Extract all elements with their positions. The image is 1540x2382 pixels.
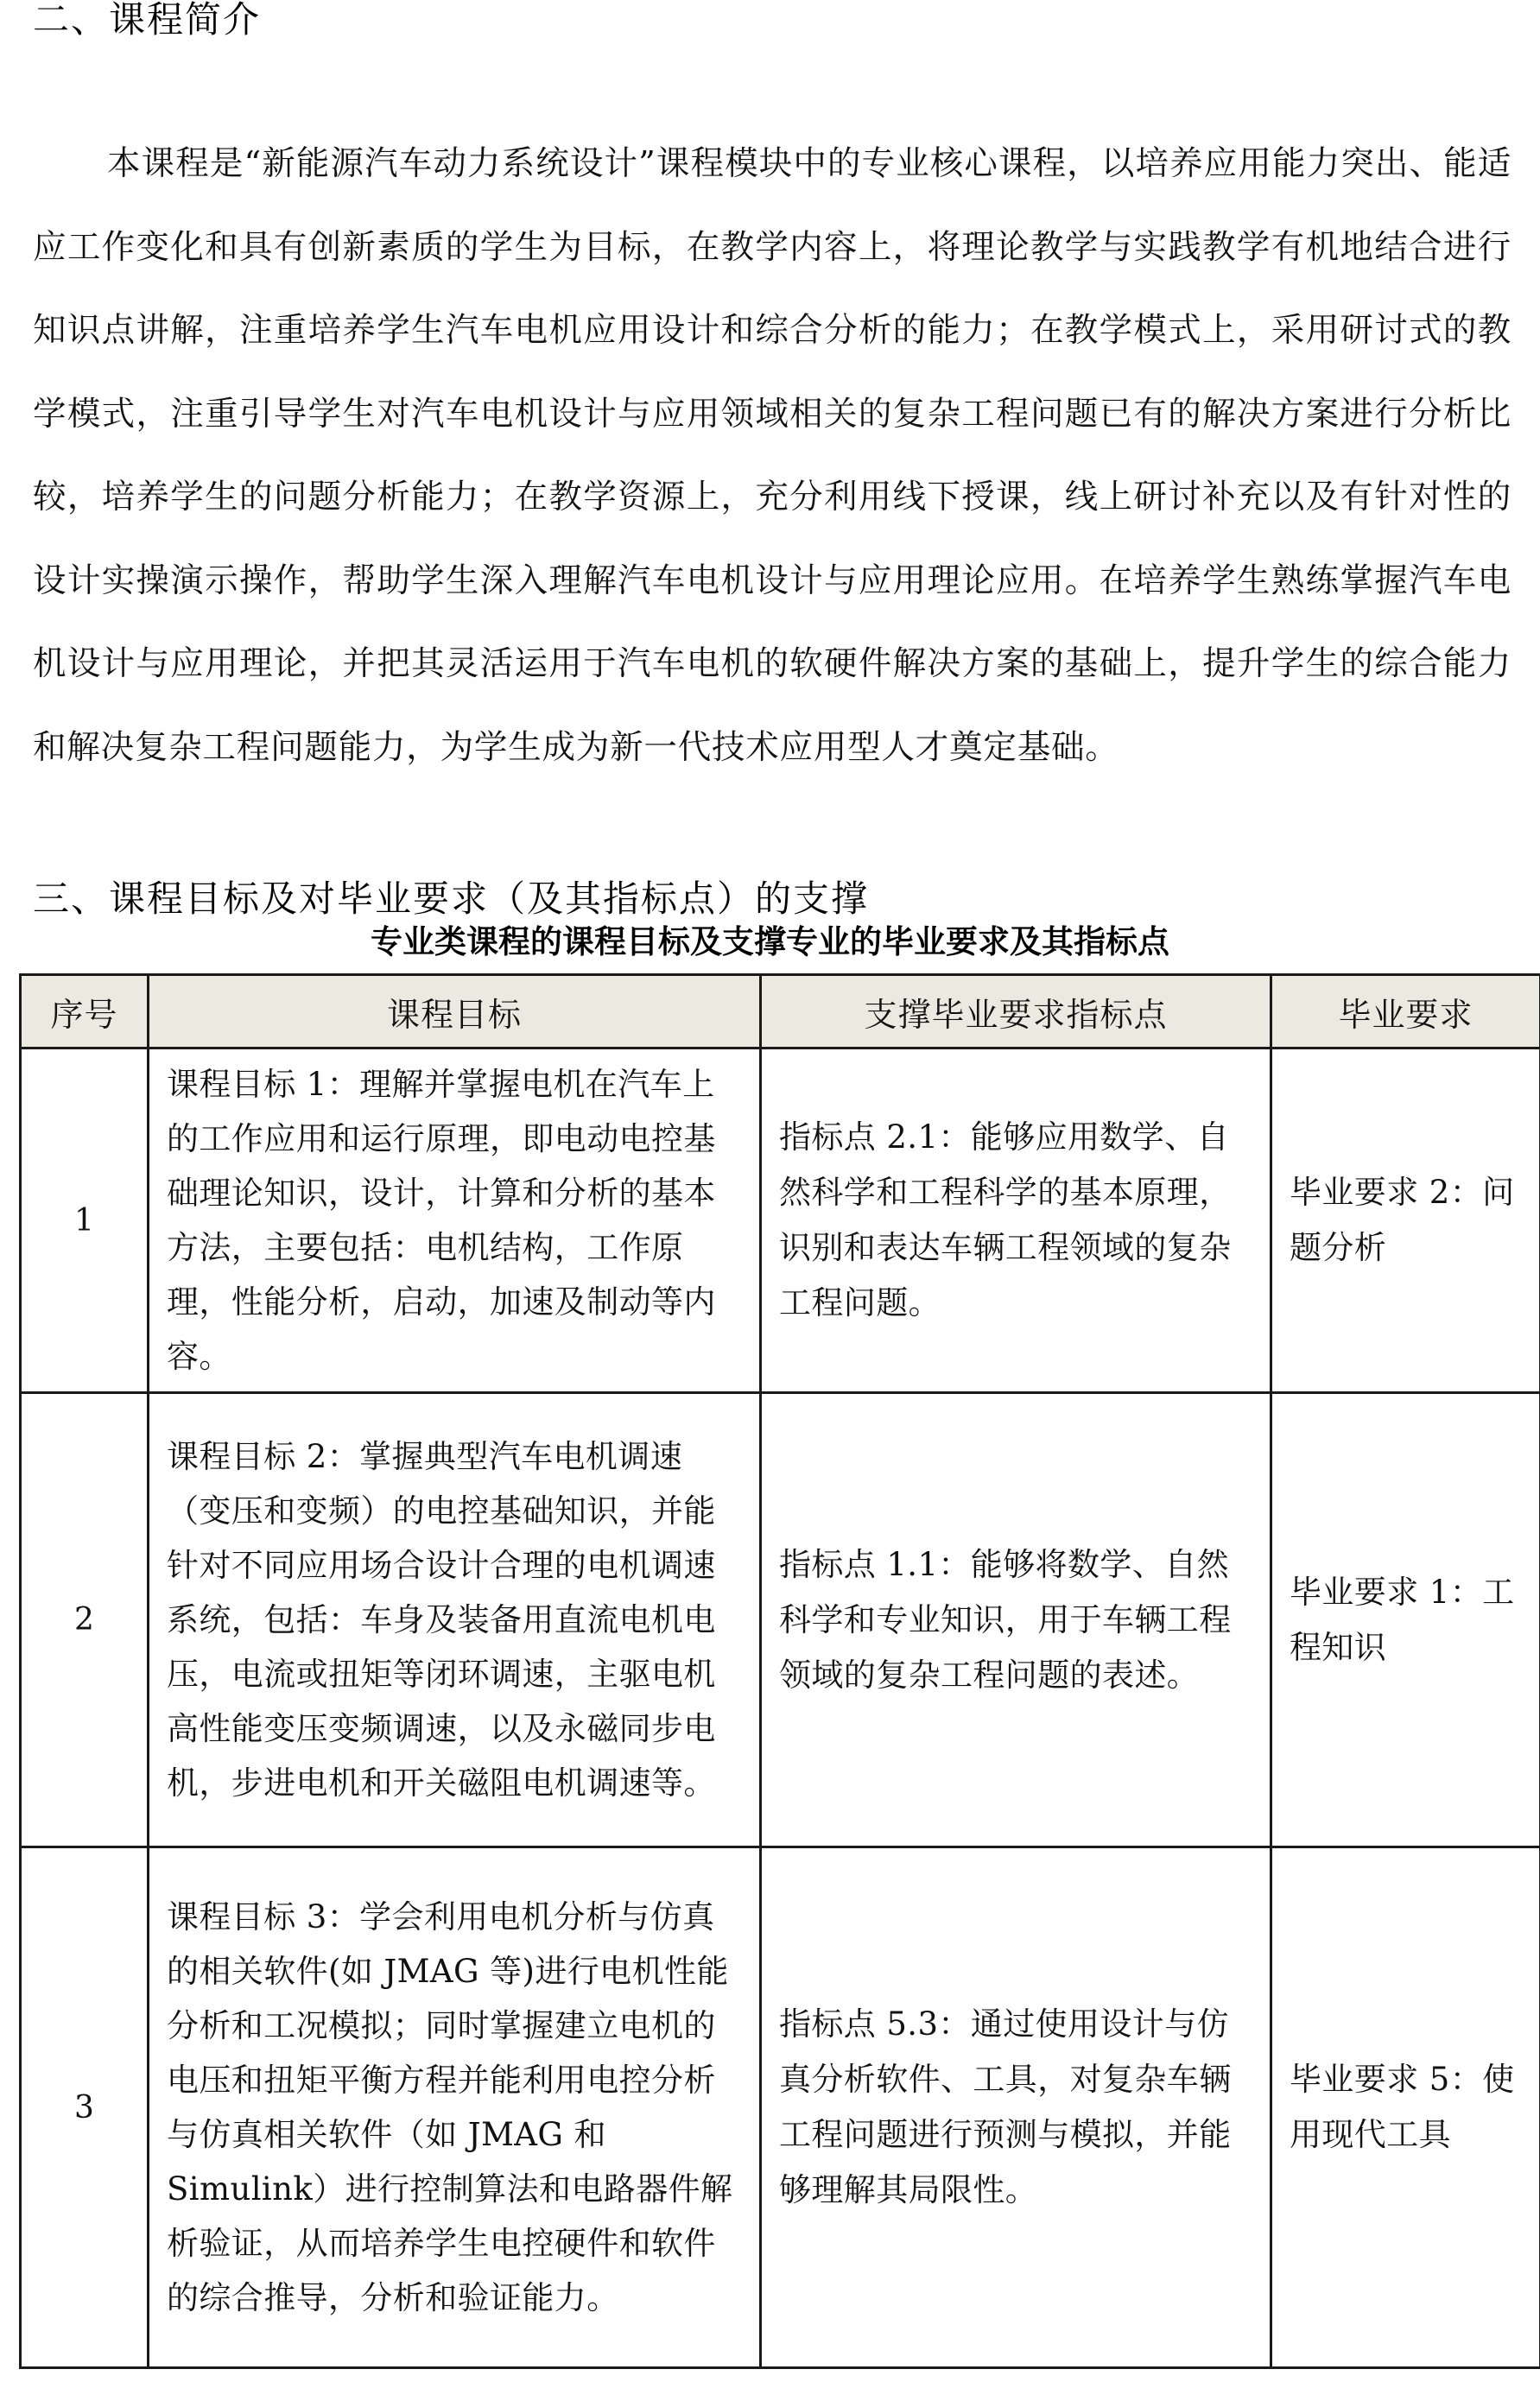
- table-row: 3 课程目标 3：学会利用电机分析与仿真的相关软件(如 JMAG 等)进行电机性…: [21, 1847, 1540, 2368]
- cell-no: 1: [21, 1048, 149, 1393]
- cell-indicator: 指标点 5.3：通过使用设计与仿真分析软件、工具，对复杂车辆工程问题进行预测与模…: [761, 1847, 1271, 2368]
- cell-requirement: 毕业要求 5：使用现代工具: [1271, 1847, 1540, 2368]
- table-row: 1 课程目标 1：理解并掌握电机在汽车上的工作应用和运行原理，即电动电控基础理论…: [21, 1048, 1540, 1393]
- table-caption: 专业类课程的课程目标及支撑专业的毕业要求及其指标点: [0, 921, 1540, 964]
- column-header-requirement: 毕业要求: [1271, 975, 1540, 1048]
- cell-goal: 课程目标 3：学会利用电机分析与仿真的相关软件(如 JMAG 等)进行电机性能分…: [149, 1847, 761, 2368]
- column-header-goal: 课程目标: [149, 975, 761, 1048]
- cell-goal: 课程目标 2：掌握典型汽车电机调速（变压和变频）的电控基础知识，并能针对不同应用…: [149, 1393, 761, 1847]
- table-header-row: 序号 课程目标 支撑毕业要求指标点 毕业要求: [21, 975, 1540, 1048]
- cell-indicator: 指标点 1.1：能够将数学、自然科学和专业知识，用于车辆工程领域的复杂工程问题的…: [761, 1393, 1271, 1847]
- cell-indicator: 指标点 2.1：能够应用数学、自然科学和工程科学的基本原理，识别和表达车辆工程领…: [761, 1048, 1271, 1393]
- column-header-indicator: 支撑毕业要求指标点: [761, 975, 1271, 1048]
- section-title-course-intro: 二、课程简介: [33, 0, 261, 41]
- cell-no: 2: [21, 1393, 149, 1847]
- table-row: 2 课程目标 2：掌握典型汽车电机调速（变压和变频）的电控基础知识，并能针对不同…: [21, 1393, 1540, 1847]
- cell-requirement: 毕业要求 1：工程知识: [1271, 1393, 1540, 1847]
- cell-no: 3: [21, 1847, 149, 2368]
- course-goals-table: 序号 课程目标 支撑毕业要求指标点 毕业要求 1 课程目标 1：理解并掌握电机在…: [19, 973, 1540, 2369]
- course-intro-paragraph: 本课程是“新能源汽车动力系统设计”课程模块中的专业核心课程，以培养应用能力突出、…: [33, 123, 1511, 789]
- cell-requirement: 毕业要求 2：问题分析: [1271, 1048, 1540, 1393]
- section-title-course-goals: 三、课程目标及对毕业要求（及其指标点）的支撑: [33, 877, 869, 921]
- cell-goal: 课程目标 1：理解并掌握电机在汽车上的工作应用和运行原理，即电动电控基础理论知识…: [149, 1048, 761, 1393]
- column-header-no: 序号: [21, 975, 149, 1048]
